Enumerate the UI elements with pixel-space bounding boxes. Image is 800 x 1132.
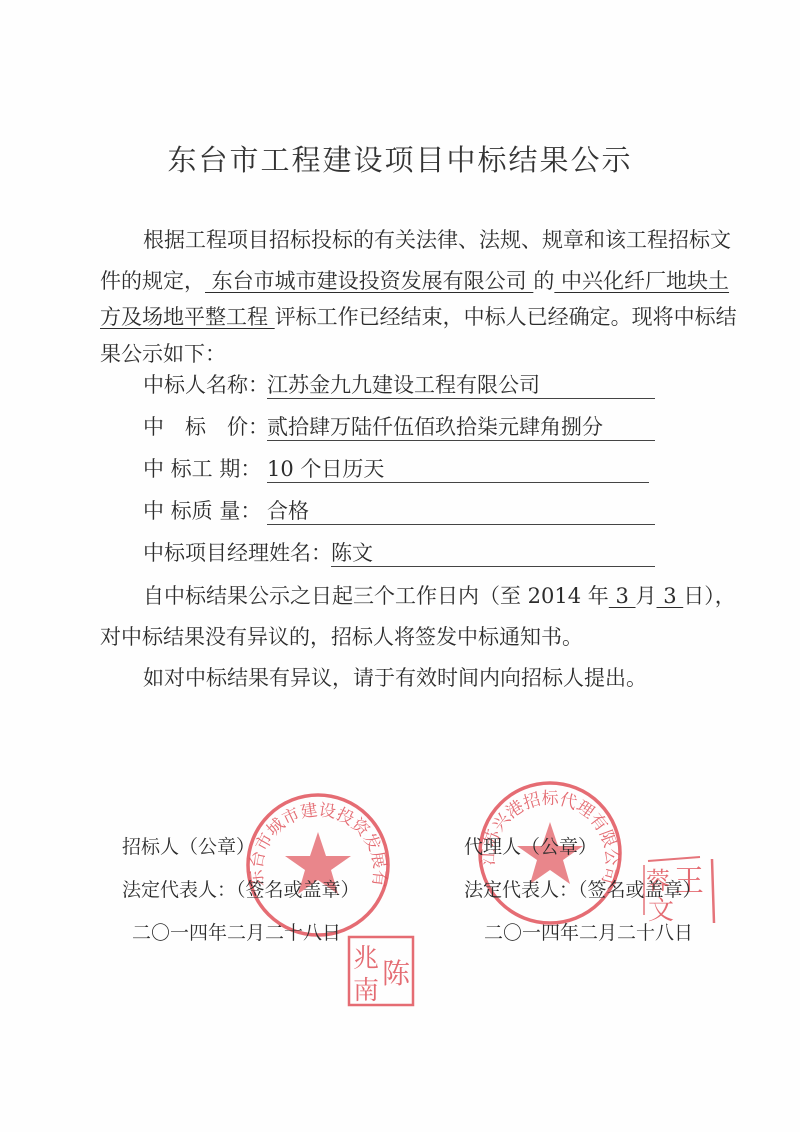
field-duration: 中 标工 期： 10 个日历天 [143,455,663,485]
notice-line-3: 如对中标结果有异议，请于有效时间内向招标人提出。 [143,664,647,692]
svg-text:兆: 兆 [353,944,379,974]
month-unit: 月 [636,584,657,608]
intro-line-4: 果公示如下： [100,340,226,368]
field-winner-name: 中标人名称： 江苏金九九建设工程有限公司 [143,371,663,401]
notice-line-1: 自中标结果公示之日起三个工作日内（至 2014 年 3 月 3 日）， [143,582,736,610]
intro-line-3: 方及场地平整工程 评标工作已经结束，中标人已经确定。现将中标结 [100,303,737,331]
agent-date: 二〇一四年二月二十八日 [484,918,693,945]
field-label: 中 标质 量： [143,499,261,523]
field-label: 中 标工 期： [143,457,261,481]
document-page: 东台市工程建设项目中标结果公示 根据工程项目招标投标的有关法律、法规、规章和该工… [0,0,800,1132]
tenderer-label: 招标人（公章） [122,832,255,859]
field-value: 江苏金九九建设工程有限公司 [267,371,540,399]
field-value: 10 个日历天 [267,455,384,483]
field-label: 中标人名称： [143,373,269,397]
notice-line-1-suffix: 日）， [683,584,736,608]
field-underline [331,566,655,567]
agent-label: 代理人（公章） [464,832,597,859]
field-underline [267,524,655,525]
deadline-day: 3 [657,584,684,608]
field-underline [267,482,649,483]
tenderer-date: 二〇一四年二月二十八日 [132,918,341,945]
tenderer-name: 东台市城市建设投资发展有限公司 [205,269,533,293]
field-bid-price: 中 标 价： 贰拾肆万陆仟伍佰玖拾柒元肆角捌分 [143,413,663,443]
field-label: 中标项目经理姓名： [143,541,332,565]
project-name-part-2: 方及场地平整工程 [100,305,275,329]
intro-line-2: 件的规定， 东台市城市建设投资发展有限公司 的 中兴化纤厂地块土 [100,267,729,295]
field-quality: 中 标质 量： 合格 [143,497,663,527]
field-value: 合格 [267,497,309,525]
tenderer-rep-personal-seal-icon: 兆 南 陈 [347,935,415,1007]
field-underline [267,398,655,399]
deadline-month: 3 [609,584,636,608]
field-value: 贰拾肆万陆仟伍佰玖拾柒元肆角捌分 [267,413,603,441]
field-project-manager: 中标项目经理姓名： 陈文 [143,539,663,569]
project-name-part-1: 中兴化纤厂地块土 [554,269,729,293]
agent-rep-label: 法定代表人：（签名或盖章） [464,875,702,902]
field-underline [267,440,655,441]
tenderer-rep-label: 法定代表人：（签名或盖章） [122,875,360,902]
svg-text:南: 南 [353,976,379,1006]
page-title: 东台市工程建设项目中标结果公示 [0,138,800,179]
intro-line-2-prefix: 件的规定， [100,269,205,293]
svg-text:东台市城市建设投资发展有限公司: 东台市城市建设投资发展有限公司 [243,790,390,888]
field-value: 陈文 [331,539,373,567]
intro-line-2-mid: 的 [533,269,554,293]
intro-line-1: 根据工程项目招标投标的有关法律、法规、规章和该工程招标文 [143,226,731,254]
field-label: 中 标 价： [143,415,269,439]
notice-line-1-prefix: 自中标结果公示之日起三个工作日内（至 2014 年 [143,584,609,608]
intro-line-3-suffix: 评标工作已经结束，中标人已经确定。现将中标结 [275,305,737,329]
notice-line-2: 对中标结果没有异议的，招标人将签发中标通知书。 [100,623,583,651]
svg-text:陈: 陈 [382,957,411,990]
